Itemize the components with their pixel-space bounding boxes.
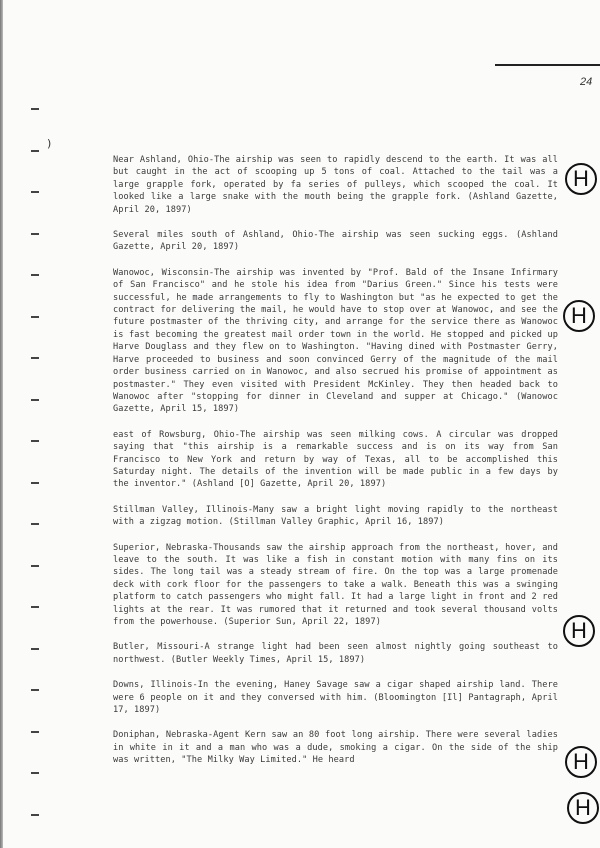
- h-circle-mark: H: [567, 792, 599, 824]
- entry-ashland-south: Several miles south of Ashland, Ohio-The…: [113, 229, 558, 254]
- margin-tick: [31, 150, 39, 152]
- page-edge: [0, 0, 3, 848]
- margin-tick: [31, 108, 39, 110]
- entry-stillman-valley: Stillman Valley, Illinois-Many saw a bri…: [113, 504, 558, 529]
- entry-ashland: Near Ashland, Ohio-The airship was seen …: [113, 154, 558, 216]
- margin-tick: [31, 399, 39, 401]
- entry-rowsburg: east of Rowsburg, Ohio-The airship was s…: [113, 429, 558, 491]
- margin-tick: [31, 606, 39, 608]
- page-number: 24: [580, 76, 592, 88]
- margin-paren-mark: ): [46, 137, 53, 150]
- entry-doniphan: Doniphan, Nebraska-Agent Kern saw an 80 …: [113, 729, 558, 766]
- margin-tick: [31, 440, 39, 442]
- h-circle-mark: H: [565, 746, 597, 778]
- entry-superior: Superior, Nebraska-Thousands saw the air…: [113, 542, 558, 629]
- document-body: Near Ashland, Ohio-The airship was seen …: [113, 154, 558, 780]
- h-circle-mark: H: [563, 615, 595, 647]
- margin-tick: [31, 482, 39, 484]
- top-rule: [495, 64, 600, 66]
- margin-tick: [31, 233, 39, 235]
- margin-tick: [31, 814, 39, 816]
- margin-tick: [31, 731, 39, 733]
- margin-tick: [31, 689, 39, 691]
- margin-tick: [31, 565, 39, 567]
- entry-wanowoc: Wanowoc, Wisconsin-The airship was inven…: [113, 267, 558, 416]
- margin-tick: [31, 316, 39, 318]
- margin-tick: [31, 523, 39, 525]
- entry-downs: Downs, Illinois-In the evening, Haney Sa…: [113, 679, 558, 716]
- entry-butler: Butler, Missouri-A strange light had bee…: [113, 641, 558, 666]
- margin-tick: [31, 191, 39, 193]
- margin-tick: [31, 772, 39, 774]
- margin-tick: [31, 357, 39, 359]
- margin-tick: [31, 648, 39, 650]
- margin-tick: [31, 274, 39, 276]
- h-circle-mark: H: [565, 163, 597, 195]
- h-circle-mark: H: [563, 300, 595, 332]
